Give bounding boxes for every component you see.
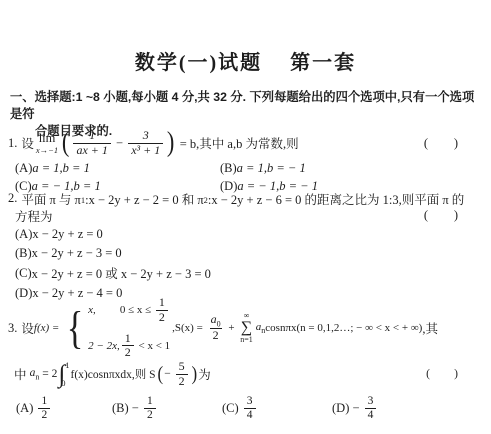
sum-symbol: ∑ [241,320,252,335]
integral-notation: ∫ 1 0 [58,361,69,388]
s-minus: − [164,368,173,380]
question-3-stem-line1: 3. 设 f(x) = { x, 0 ≤ x ≤ 12 2 − 2x, 12 <… [8,299,483,357]
series-term: cosnπx(n = 0,1,2…; − ∞ < x < + ∞) [265,322,422,334]
question-3-text-tail: ,其 [422,319,438,337]
option-3c-num: 3 [244,395,256,408]
option-2b-text: x − 2y + z − 3 = 0 [32,246,122,261]
s-left-paren: ( [157,364,163,384]
fraction-1-denominator: ax + 1 [73,143,110,158]
fraction-2-numerator: 3 [140,129,152,143]
left-paren: ( [62,129,69,157]
option-2a-label: (A) [15,227,32,242]
question-3-line2-pre: 中 [14,365,30,383]
question-2-stem-line1: 2. 平面 π 与 π 1 :x − 2y + z − 2 = 0 和 π 2 … [8,190,483,207]
left-brace: { [67,308,84,347]
plus-operator: + [226,322,238,334]
case-row-1: x, 0 ≤ x ≤ 12 [88,296,170,325]
case-2-fraction: 12 [122,332,134,361]
s-frac-den: 2 [176,374,188,389]
question-2-text-4: 方程为 [15,207,53,225]
question-2: 2. 平面 π 与 π 1 :x − 2y + z − 2 = 0 和 π 2 … [8,190,483,301]
s-frac-num: 5 [176,360,188,374]
question-2-options: (A)x − 2y + z = 0 (B)x − 2y + z − 3 = 0 … [8,227,483,301]
option-3b-sign: − [132,401,142,416]
question-2-number: 2. [8,191,17,206]
fraction-2: 3 x³ + 1 [128,129,163,158]
case-1-condition: 0 ≤ x ≤ [120,304,154,316]
option-3b-label: (B) [112,401,132,416]
a0-numerator: a0 [208,313,224,329]
case-row-2: 2 − 2x, 12 < x < 1 [88,332,170,361]
option-2b: (B)x − 2y + z − 3 = 0 [15,246,483,261]
question-1-stem: 1. 设 lim x→−1 ( 1 ax + 1 − 3 x³ + 1 ) = … [8,127,483,159]
option-3b-den: 2 [144,408,156,422]
option-1a-text: a = 1,b = 1 [32,161,90,176]
right-paren: ) [167,129,174,157]
option-2a: (A)x − 2y + z = 0 [15,227,483,242]
limit-subscript: x→−1 [36,146,58,155]
option-3a-fraction: 12 [38,395,50,422]
option-3d-label: (D) [332,401,352,416]
piecewise-cases: { x, 0 ≤ x ≤ 12 2 − 2x, 12 < x < 1 [64,296,170,360]
option-1b-text: a = 1,b = − 1 [237,161,306,176]
question-1-number: 1. [8,136,17,151]
fraction-1-numerator: 1 [86,129,98,143]
question-2-stem-line2: 方程为 ( ) [8,207,483,224]
answer-bracket-3: ( ) [426,368,459,380]
a-sub-n-term: an [256,321,266,335]
a0-subscript: 0 [217,319,221,328]
s-argument-fraction: 52 [176,360,188,389]
option-3c-label: (C) [222,401,242,416]
equals-two: = 2 [39,368,57,380]
option-2c: (C)x − 2y + z = 0 或 x − 2y + z − 3 = 0 [15,264,483,282]
question-2-text-2: :x − 2y + z − 2 = 0 和 π [85,190,204,208]
summation-notation: ∞ ∑ n=1 [240,312,253,343]
limit-notation: lim x→−1 [36,132,58,154]
question-3: 3. 设 f(x) = { x, 0 ≤ x ≤ 12 2 − 2x, 12 <… [8,299,483,422]
option-2a-text: x − 2y + z = 0 [32,227,102,242]
option-3a-label: (A) [16,401,36,416]
question-3-text-pre: 设 [21,319,34,337]
integrand-text: f(x)cosnπxdx,则 S [71,366,156,382]
question-3-line2-post: 为 [198,365,211,383]
option-2b-label: (B) [15,246,32,261]
option-3c-den: 4 [244,408,256,422]
case-2-expression: 2 − 2x, [88,340,120,352]
option-3b-num: 1 [144,395,156,408]
answer-bracket-1: ( ) [424,136,459,151]
option-3b-fraction: 12 [144,395,156,422]
question-2-text-1: 平面 π 与 π [21,190,81,208]
option-3d-den: 4 [365,408,377,422]
option-3d: (D) − 34 [332,395,483,422]
exam-page: 数学(一)试题 第一套 一、选择题:1 ~8 小题,每小题 4 分,共 32 分… [0,0,491,434]
question-1-text-post: = b,其中 a,b 为常数,则 [177,134,299,152]
question-3-options: (A) 12 (B) − 12 (C) 34 (D) − 34 [8,395,483,422]
answer-bracket-2: ( ) [424,208,459,223]
minus-operator: − [113,136,126,151]
option-3d-num: 3 [365,395,377,408]
question-1-text-pre: 设 [21,134,34,152]
sum-lower-limit: n=1 [240,336,253,344]
case-1-expression: x, [88,304,96,316]
limit-word: lim [39,132,56,145]
question-1: 1. 设 lim x→−1 ( 1 ax + 1 − 3 x³ + 1 ) = … [8,127,483,194]
case-2-condition: < x < 1 [136,340,170,352]
option-1b: (B)a = 1,b = − 1 [220,161,483,176]
integral-upper-limit: 1 [65,361,69,370]
option-1b-label: (B) [220,161,237,176]
option-3c-fraction: 34 [244,395,256,422]
option-3a: (A) 12 [16,395,112,422]
option-2c-text: x − 2y + z = 0 或 x − 2y + z − 3 = 0 [32,264,211,282]
function-definition: f(x) = [34,322,62,334]
integral-lower-limit: 0 [61,379,69,388]
a-sub-n-coefficient: an [30,367,40,381]
question-3-stem-line2: 中 an = 2 ∫ 1 0 f(x)cosnπxdx,则 S ( − 52 )… [8,357,483,391]
a0-denominator: 2 [210,328,222,343]
fraction-2-denominator: x³ + 1 [128,143,163,158]
question-3-number: 3. [8,321,17,336]
case-rows: x, 0 ≤ x ≤ 12 2 − 2x, 12 < x < 1 [88,296,170,360]
option-3b: (B) − 12 [112,395,222,422]
case-1-fraction: 12 [156,296,168,325]
page-title: 数学(一)试题 第一套 [0,46,491,75]
series-definition: ,S(x) = [172,322,205,334]
section-instructions-line1: 一、选择题:1 ~8 小题,每小题 4 分,共 32 分. 下列每题给出的四个选… [10,89,486,123]
option-3c: (C) 34 [222,395,332,422]
option-3d-fraction: 34 [365,395,377,422]
option-3a-den: 2 [38,408,50,422]
option-3d-sign: − [352,401,362,416]
fraction-1: 1 ax + 1 [73,129,110,158]
option-3a-num: 1 [38,395,50,408]
case-1-frac-num: 1 [156,296,168,310]
s-right-paren: ) [191,364,197,384]
a0-fraction: a0 2 [208,313,224,343]
option-1a-label: (A) [15,161,32,176]
case-1-frac-den: 2 [156,310,168,325]
integral-limits: 1 0 [65,361,69,388]
question-2-text-3: :x − 2y + z − 6 = 0 的距离之比为 1:3,则平面 π 的 [208,190,464,208]
option-2c-label: (C) [15,266,32,281]
option-1a: (A)a = 1,b = 1 [15,161,220,176]
case-2-frac-num: 1 [122,332,134,346]
